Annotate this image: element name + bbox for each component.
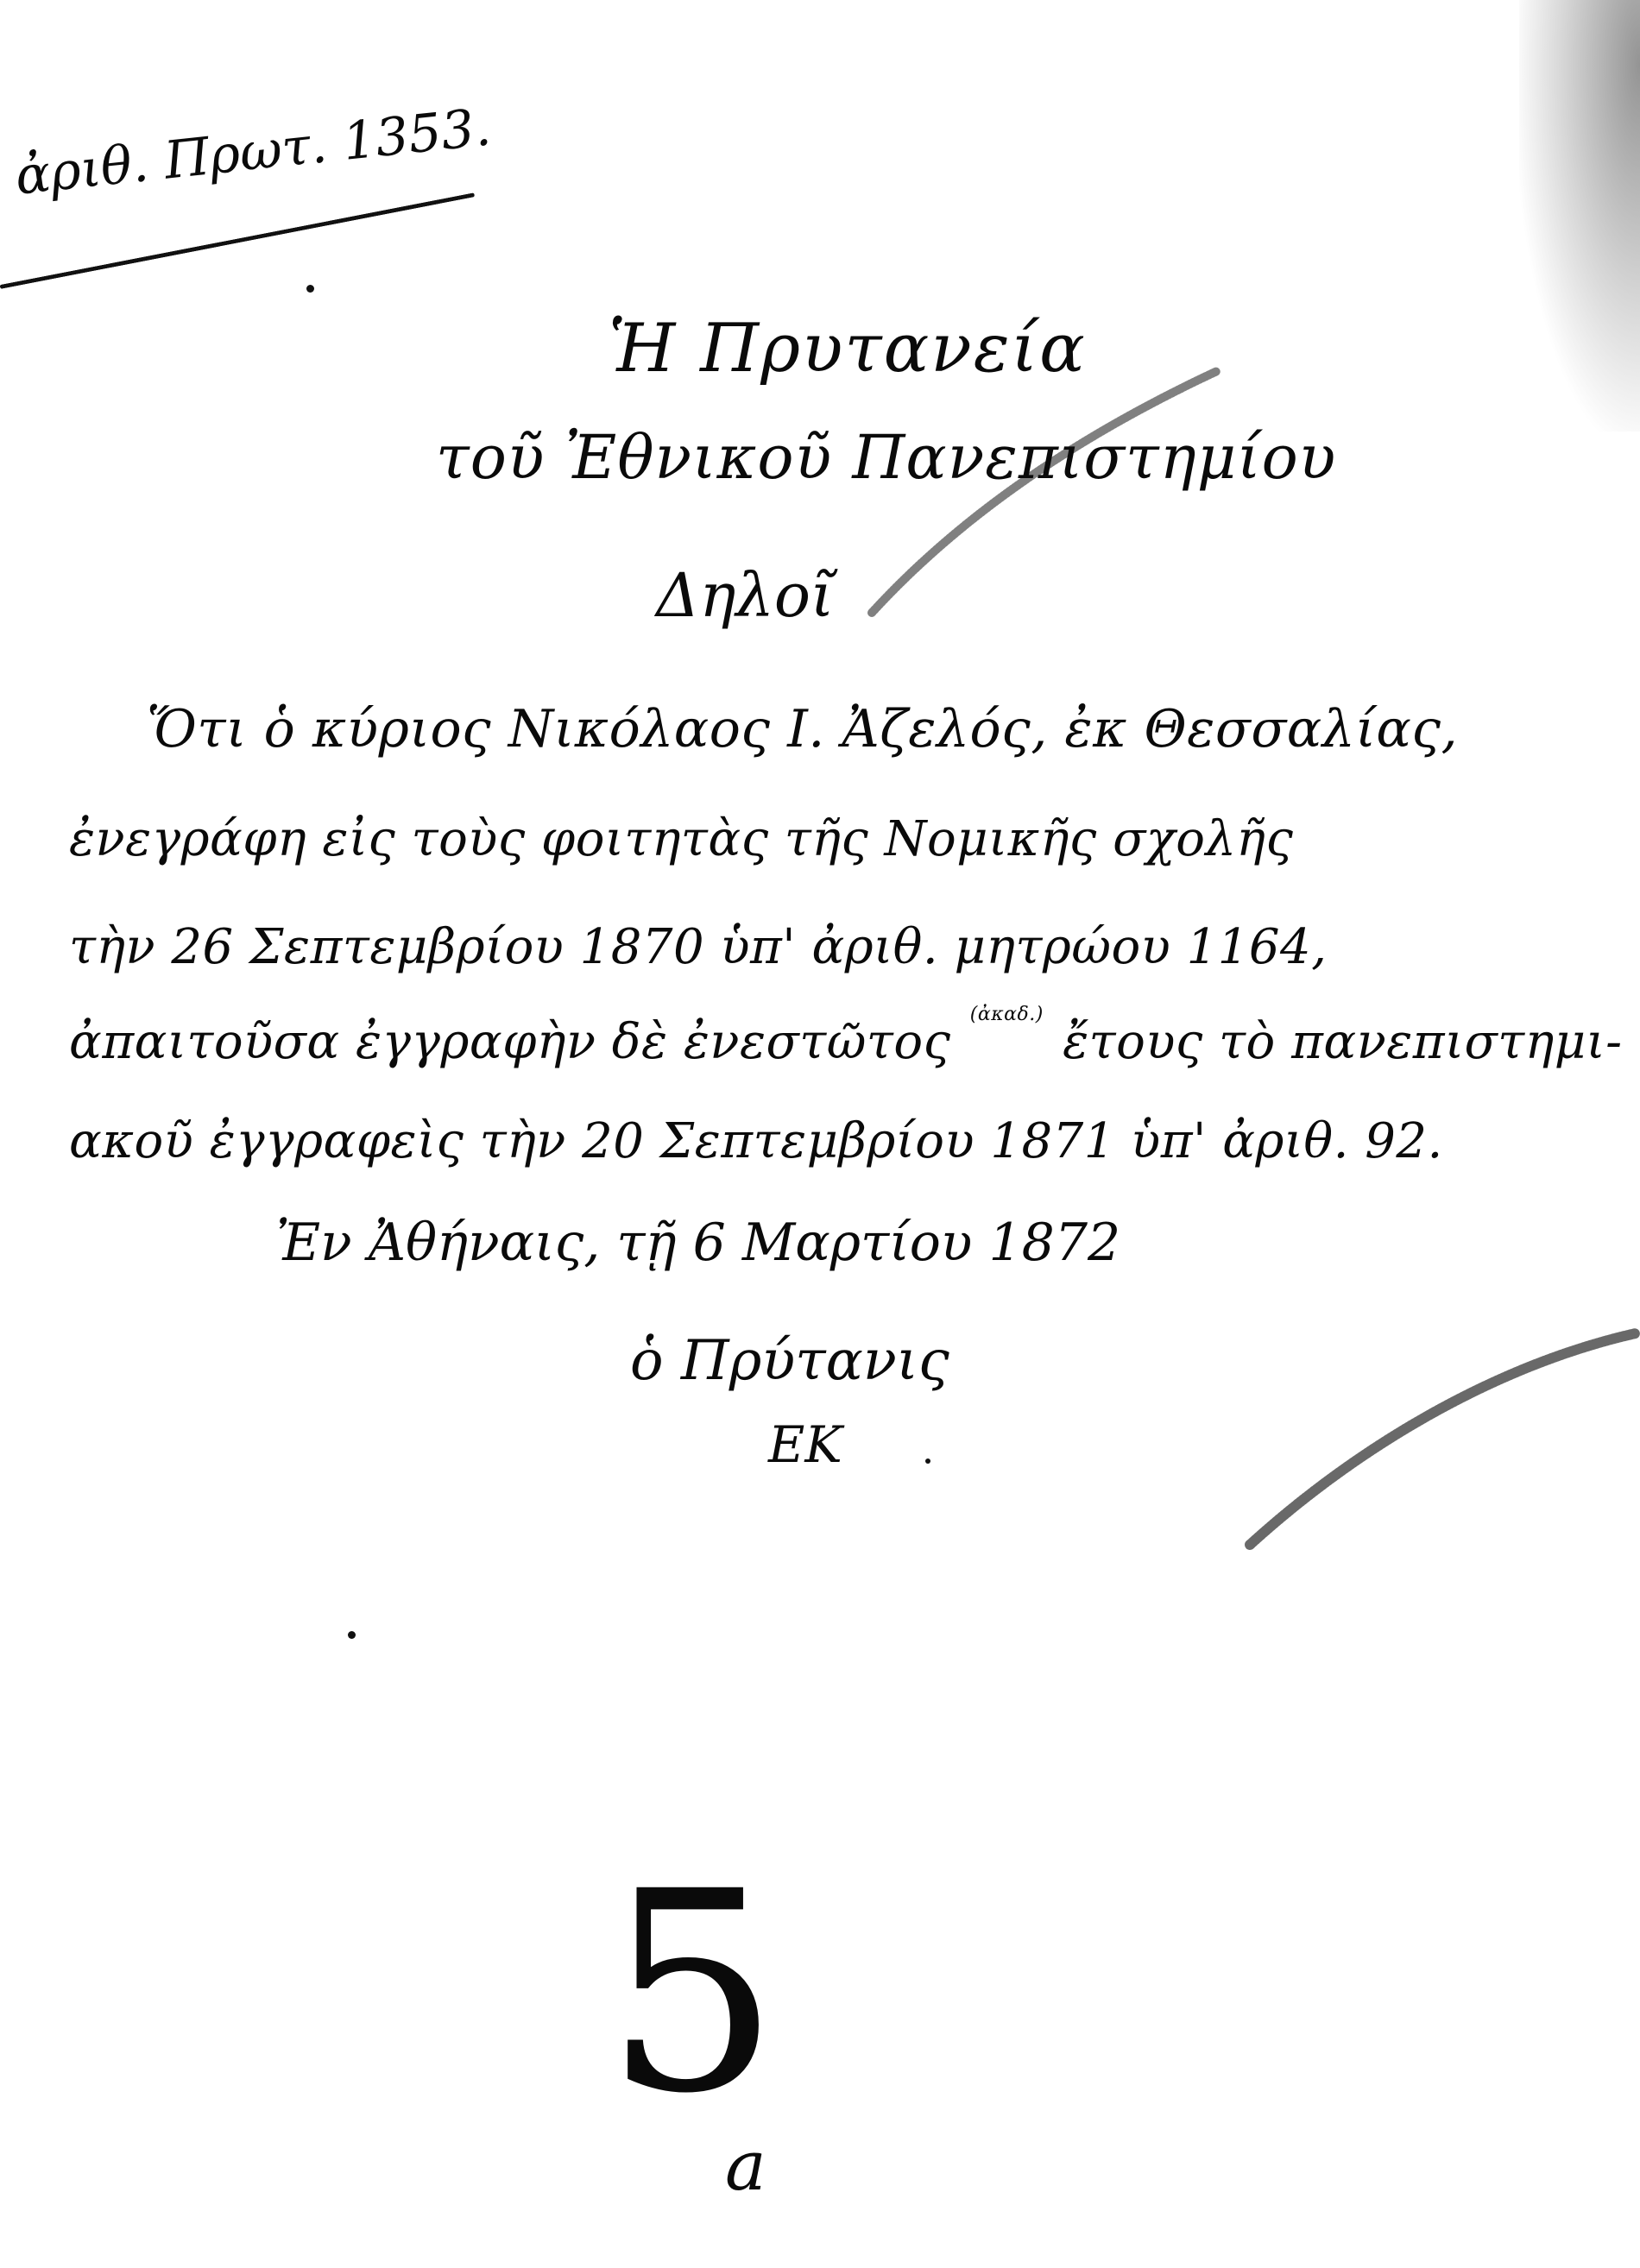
- folio-number: 5: [604, 1855, 780, 2132]
- signature-initials: ΕΚ: [768, 1420, 842, 1470]
- reference-label: ἀριθ. Πρωτ.: [12, 114, 330, 206]
- reference-number: ἀριθ. Πρωτ. 1353.: [13, 101, 493, 203]
- ink-speck: [925, 1458, 930, 1464]
- heading-declares: Δηλοῖ: [656, 565, 834, 626]
- body-line-4-end: ἔτους τὸ πανεπιστημι-: [1063, 1014, 1622, 1070]
- scanned-document-page: ἀριθ. Πρωτ. 1353. Ἡ Πρυτανεία τοῦ Ἐθνικο…: [0, 0, 1640, 2268]
- place-date-line: Ἐν Ἀθήναις, τῇ 6 Μαρτίου 1872: [276, 1217, 1120, 1269]
- pencil-stroke-lower: [1243, 1269, 1640, 1553]
- scan-edge-shadow: [1519, 0, 1640, 432]
- interlinear-insertion: (ἀκαδ.): [970, 1004, 1044, 1025]
- reference-underline: [0, 192, 475, 289]
- folio-suffix: a: [725, 2132, 766, 2201]
- body-line-1: Ὅτι ὁ κύριος Νικόλαος Ι. Ἀζελός, ἐκ Θεσσ…: [147, 703, 1458, 755]
- ink-speck: [348, 1631, 356, 1639]
- heading-rectorate: Ἡ Πρυτανεία: [609, 315, 1087, 382]
- body-line-5: ακοῦ ἐγγραφεὶς τὴν 20 Σεπτεμβρίου 1871 ὑ…: [69, 1118, 1443, 1166]
- reference-value: 1353.: [340, 97, 494, 173]
- body-line-4: ἀπαιτοῦσα ἐγγραφὴν δὲ ἐνεστῶτος (ἀκαδ.) …: [69, 1018, 1623, 1067]
- ink-speck: [306, 285, 314, 293]
- body-line-2: ἐνεγράφη εἰς τοὺς φοιτητὰς τῆς Νομικῆς σ…: [69, 816, 1293, 864]
- body-line-4-start: ἀπαιτοῦσα ἐγγραφὴν δὲ ἐνεστῶτος: [69, 1014, 950, 1070]
- body-line-3: τὴν 26 Σεπτεμβρίου 1870 ὑπ' ἀριθ. μητρώο…: [69, 923, 1327, 972]
- signatory-title: ὁ Πρύτανις: [630, 1333, 949, 1389]
- heading-university: τοῦ Ἐθνικοῦ Πανεπιστημίου: [436, 427, 1336, 488]
